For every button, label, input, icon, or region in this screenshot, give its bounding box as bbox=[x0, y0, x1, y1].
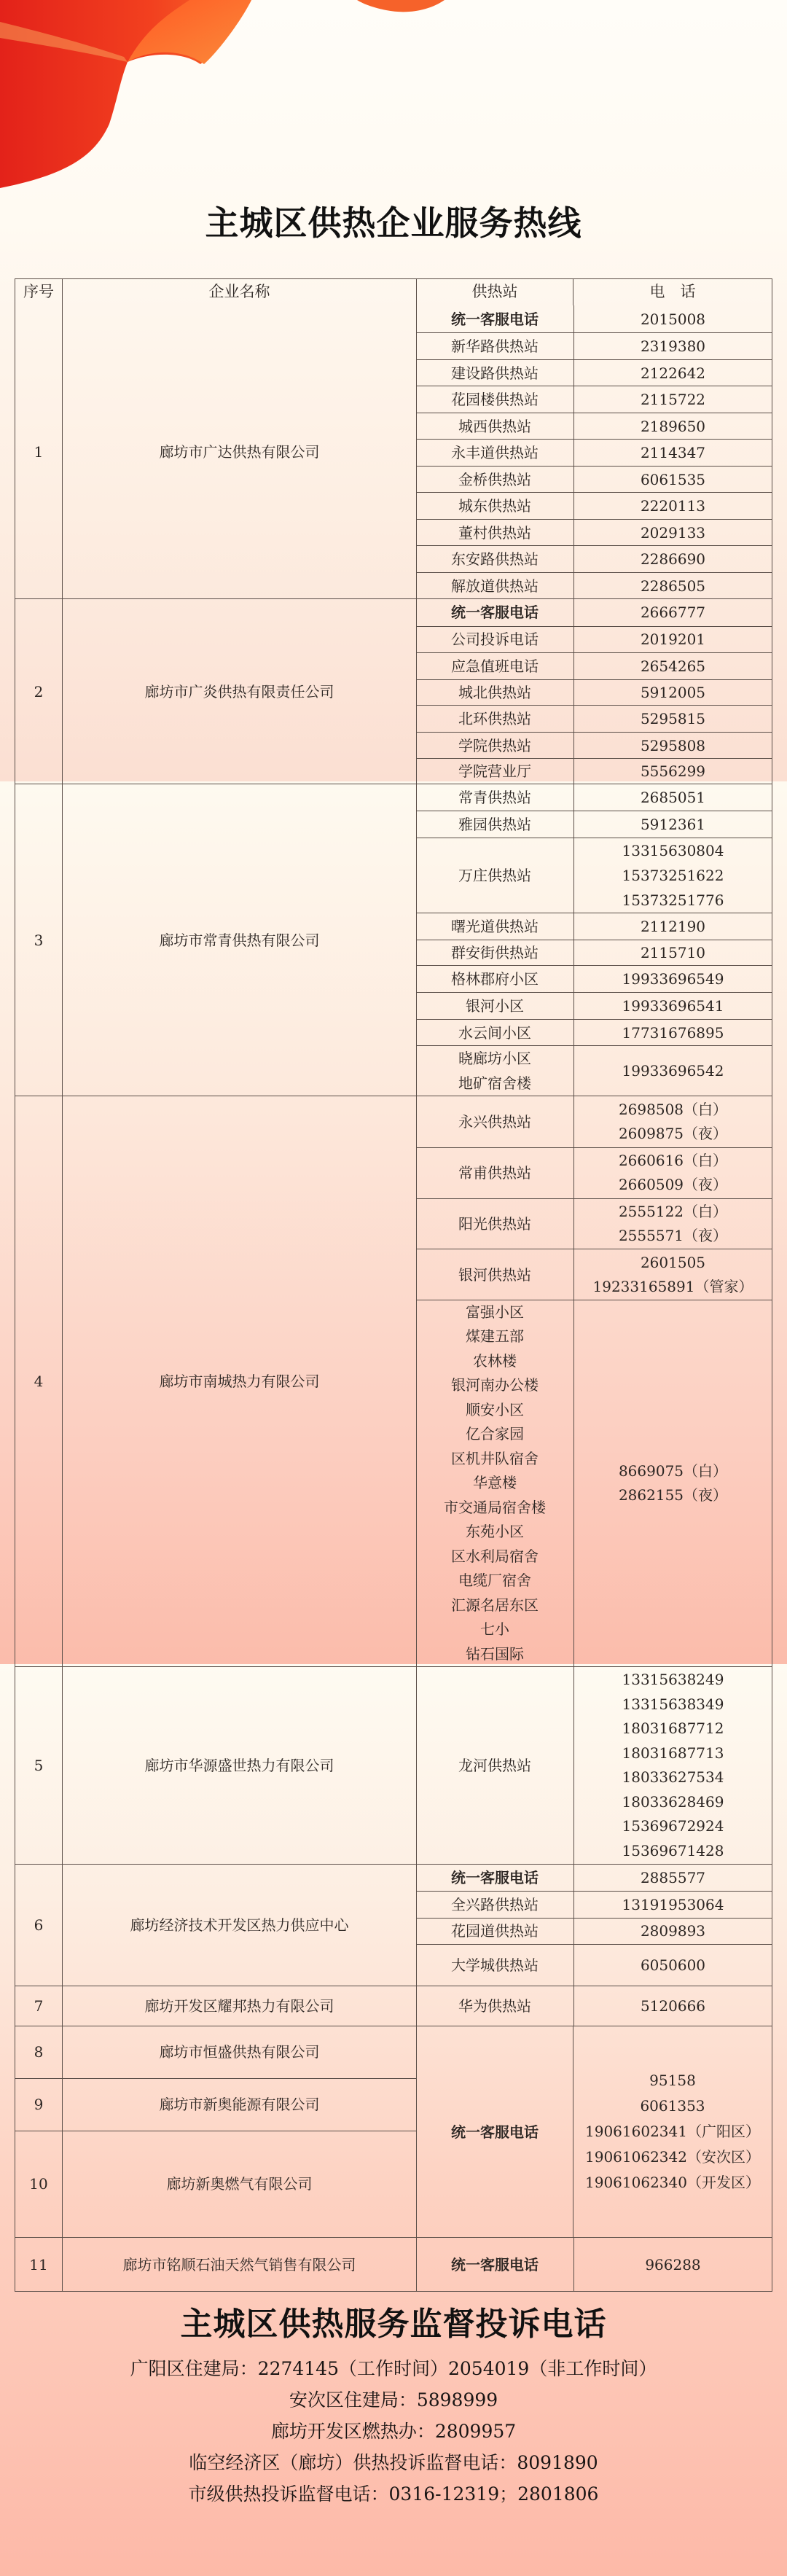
station-name: 建设路供热站 bbox=[417, 360, 573, 386]
company-no: 7 bbox=[15, 1986, 62, 2026]
station-name: 东安路供热站 bbox=[417, 546, 573, 572]
company-group-row: 8廊坊市恒盛供热有限公司9廊坊市新奥能源有限公司10廊坊新奥燃气有限公司统一客服… bbox=[15, 2026, 772, 2237]
phone-number-line: 19233165891（管家） bbox=[593, 1275, 753, 1299]
station-row: 董村供热站2029133 bbox=[417, 519, 772, 545]
company-row: 8廊坊市恒盛供热有限公司 bbox=[15, 2026, 416, 2078]
phone-number: 966288 bbox=[573, 2238, 772, 2291]
company-name: 廊坊开发区耀邦热力有限公司 bbox=[62, 1986, 416, 2026]
company-row: 6廊坊经济技术开发区热力供应中心统一客服电话2885577全兴路供热站13191… bbox=[15, 1864, 772, 1986]
phone-number: 2189650 bbox=[573, 413, 772, 439]
phone-number: 2319380 bbox=[573, 333, 772, 359]
station-name-line: 区水利局宿舍 bbox=[451, 1545, 539, 1569]
station-name-line: 电缆厂宿舍 bbox=[458, 1569, 531, 1593]
company-row: 5廊坊市华源盛世热力有限公司龙河供热站133156382491331563834… bbox=[15, 1666, 772, 1864]
phone-number: 5556299 bbox=[573, 759, 772, 784]
phone-number-line: 13315638349 bbox=[622, 1693, 724, 1717]
phone-number-lines: 133156308041537325162215373251776 bbox=[622, 838, 724, 913]
station-name-line: 市交通局宿舍楼 bbox=[444, 1496, 546, 1521]
station-name: 金桥供热站 bbox=[417, 467, 573, 492]
station-name: 解放道供热站 bbox=[417, 573, 573, 598]
station-name-line: 地矿宿舍楼 bbox=[458, 1071, 531, 1096]
phone-number: 2286690 bbox=[573, 546, 772, 572]
station-name-line: 亿合家园 bbox=[466, 1422, 524, 1447]
station-name-line: 顺安小区 bbox=[466, 1398, 524, 1423]
station-name-lines: 晓廊坊小区地矿宿舍楼 bbox=[458, 1046, 531, 1096]
station-name-line: 汇源名居东区 bbox=[451, 1593, 539, 1618]
station-row: 常甫供热站2660616（白）2660509（夜） bbox=[417, 1147, 772, 1198]
phone-number: 6061535 bbox=[573, 467, 772, 492]
company-no: 4 bbox=[15, 1096, 62, 1666]
station-name-line: 七小 bbox=[480, 1617, 509, 1642]
phone-number: 5120666 bbox=[573, 1986, 772, 2026]
station-name-line: 银河南办公楼 bbox=[451, 1373, 539, 1398]
phone-number: 2015008 bbox=[573, 305, 772, 332]
phone-number: 2114347 bbox=[573, 440, 772, 466]
phone-numbers-line: 19061062342（安次区） bbox=[585, 2144, 760, 2170]
station-row: 东安路供热站2286690 bbox=[417, 545, 772, 572]
station-name: 董村供热站 bbox=[417, 520, 573, 545]
phone-number-line: 15369671428 bbox=[622, 1839, 724, 1864]
station-name: 晓廊坊小区地矿宿舍楼 bbox=[417, 1046, 573, 1096]
phone-number: 17731676895 bbox=[573, 1020, 772, 1045]
phone-number-line: 2555571（夜） bbox=[619, 1224, 727, 1248]
station-name: 统一客服电话 bbox=[417, 599, 573, 626]
station-list: 统一客服电话2666777公司投诉电话2019201应急值班电话2654265城… bbox=[416, 599, 772, 784]
phone-number: 260150519233165891（管家） bbox=[573, 1249, 772, 1300]
station-row: 统一客服电话2015008 bbox=[417, 305, 772, 332]
company-row: 9廊坊市新奥能源有限公司 bbox=[15, 2078, 416, 2131]
phone-number-line: 15369672924 bbox=[622, 1814, 724, 1839]
station-name-lines: 富强小区煤建五部农林楼银河南办公楼顺安小区亿合家园区机井队宿舍华意楼市交通局宿舍… bbox=[444, 1300, 546, 1667]
phone-number: 2809893 bbox=[573, 1919, 772, 1945]
header-station: 供热站 bbox=[416, 279, 573, 305]
company-row: 1廊坊市广达供热有限公司统一客服电话2015008新华路供热站2319380建设… bbox=[15, 305, 772, 598]
phone-numbers-line: 19061602341（广阳区） bbox=[585, 2119, 760, 2144]
station-name: 城北供热站 bbox=[417, 680, 573, 706]
phone-number: 2654265 bbox=[573, 653, 772, 679]
phone-number: 2286505 bbox=[573, 573, 772, 598]
station-row: 永兴供热站2698508（白）2609875（夜） bbox=[417, 1096, 772, 1147]
company-name: 廊坊市华源盛世热力有限公司 bbox=[62, 1667, 416, 1864]
company-name: 廊坊市铭顺石油天然气销售有限公司 bbox=[62, 2238, 416, 2291]
phone-number-lines: 260150519233165891（管家） bbox=[593, 1251, 753, 1299]
phone-number: 2220113 bbox=[573, 493, 772, 519]
phone-number: 2112190 bbox=[573, 913, 772, 940]
station-row: 应急值班电话2654265 bbox=[417, 652, 772, 679]
company-name: 廊坊市常青供热有限公司 bbox=[62, 784, 416, 1096]
phone-number: 5295815 bbox=[573, 706, 772, 732]
station-name: 全兴路供热站 bbox=[417, 1892, 573, 1918]
company-no: 8 bbox=[15, 2026, 62, 2078]
phone-number: 5912361 bbox=[573, 811, 772, 838]
phone-number-line: 15373251776 bbox=[622, 888, 724, 913]
station-name-line: 富强小区 bbox=[466, 1300, 524, 1325]
station-row: 富强小区煤建五部农林楼银河南办公楼顺安小区亿合家园区机井队宿舍华意楼市交通局宿舍… bbox=[417, 1300, 772, 1666]
station-name: 华为供热站 bbox=[417, 1986, 573, 2026]
supervision-title: 主城区供热服务监督投诉电话 bbox=[0, 2298, 787, 2344]
company-row: 10廊坊新奥燃气有限公司 bbox=[15, 2131, 416, 2238]
company-name: 廊坊市广炎供热有限责任公司 bbox=[62, 599, 416, 784]
station-name: 城西供热站 bbox=[417, 413, 573, 439]
station-row: 统一客服电话2885577 bbox=[417, 1865, 772, 1891]
station-name: 格林郡府小区 bbox=[417, 966, 573, 992]
header-phone: 电 话 bbox=[573, 279, 772, 305]
phone-number-line: 18033628469 bbox=[622, 1790, 724, 1815]
station-name: 花园楼供热站 bbox=[417, 386, 573, 413]
grouped-companies: 8廊坊市恒盛供热有限公司9廊坊市新奥能源有限公司10廊坊新奥燃气有限公司 bbox=[15, 2026, 416, 2237]
station-name: 统一客服电话 bbox=[417, 2238, 573, 2291]
phone-number-line: 18031687713 bbox=[622, 1741, 724, 1766]
station-row: 华为供热站5120666 bbox=[417, 1986, 772, 2026]
station-list: 龙河供热站13315638249133156383491803168771218… bbox=[416, 1667, 772, 1864]
station-row: 阳光供热站2555122（白）2555571（夜） bbox=[417, 1198, 772, 1249]
station-row: 雅园供热站5912361 bbox=[417, 811, 772, 838]
station-list: 统一客服电话2015008新华路供热站2319380建设路供热站2122642花… bbox=[416, 305, 772, 598]
phone-number-line: 18033627534 bbox=[622, 1765, 724, 1790]
company-row: 7廊坊开发区耀邦热力有限公司华为供热站5120666 bbox=[15, 1986, 772, 2026]
supervision-line: 临空经济区（廊坊）供热投诉监督电话：8091890 bbox=[0, 2447, 787, 2478]
station-row: 解放道供热站2286505 bbox=[417, 572, 772, 598]
station-list: 统一客服电话966288 bbox=[416, 2238, 772, 2291]
phone-number: 2029133 bbox=[573, 520, 772, 545]
phone-numbers-lines: 95158606135319061602341（广阳区）19061062342（… bbox=[585, 2068, 760, 2196]
phone-number-line: 13315638249 bbox=[622, 1668, 724, 1693]
station-name-line: 区机井队宿舍 bbox=[451, 1447, 539, 1472]
header-company: 企业名称 bbox=[62, 279, 416, 305]
station-name: 统一客服电话 bbox=[416, 2026, 573, 2237]
station-row: 学院营业厅5556299 bbox=[417, 758, 772, 784]
company-row: 3廊坊市常青供热有限公司常青供热站2685051雅园供热站5912361万庄供热… bbox=[15, 784, 772, 1096]
station-row: 统一客服电话2666777 bbox=[417, 599, 772, 626]
page-title: 主城区供热企业服务热线 bbox=[0, 197, 787, 245]
company-no: 5 bbox=[15, 1667, 62, 1864]
station-list: 常青供热站2685051雅园供热站5912361万庄供热站13315630804… bbox=[416, 784, 772, 1096]
station-row: 城东供热站2220113 bbox=[417, 492, 772, 519]
station-row: 银河供热站260150519233165891（管家） bbox=[417, 1249, 772, 1300]
station-name: 永丰道供热站 bbox=[417, 440, 573, 466]
phone-number: 2555122（白）2555571（夜） bbox=[573, 1199, 772, 1249]
station-row: 大学城供热站6050600 bbox=[417, 1944, 772, 1986]
supervision-line: 安次区住建局：5898999 bbox=[0, 2384, 787, 2416]
company-no: 3 bbox=[15, 784, 62, 1096]
company-no: 2 bbox=[15, 599, 62, 784]
phone-number-line: 2698508（白） bbox=[619, 1098, 727, 1122]
supervision-line: 市级供热投诉监督电话：0316-12319；2801806 bbox=[0, 2478, 787, 2510]
station-row: 学院供热站5295808 bbox=[417, 732, 772, 758]
company-no: 10 bbox=[15, 2131, 62, 2238]
station-name: 银河供热站 bbox=[417, 1249, 573, 1300]
phone-number: 19933696549 bbox=[573, 966, 772, 992]
station-name: 银河小区 bbox=[417, 993, 573, 1019]
company-row: 2廊坊市广炎供热有限责任公司统一客服电话2666777公司投诉电话2019201… bbox=[15, 598, 772, 784]
hotline-table: 序号 企业名称 供热站 电 话 1廊坊市广达供热有限公司统一客服电话201500… bbox=[15, 278, 772, 2292]
phone-numbers-line: 6061353 bbox=[640, 2093, 705, 2119]
station-row: 建设路供热站2122642 bbox=[417, 359, 772, 386]
phone-number-line: 8669075（白） bbox=[619, 1459, 727, 1483]
station-row: 城西供热站2189650 bbox=[417, 413, 772, 439]
company-no: 1 bbox=[15, 305, 62, 598]
company-name: 廊坊新奥燃气有限公司 bbox=[62, 2131, 416, 2238]
station-row: 新华路供热站2319380 bbox=[417, 332, 772, 359]
station-name-line: 农林楼 bbox=[473, 1349, 517, 1374]
ribbon-decoration bbox=[0, 0, 510, 197]
phone-number: 2115722 bbox=[573, 386, 772, 413]
phone-number-line: 15373251622 bbox=[622, 863, 724, 888]
phone-number-lines: 8669075（白）2862155（夜） bbox=[619, 1459, 727, 1507]
phone-number: 2885577 bbox=[573, 1865, 772, 1891]
station-name: 常青供热站 bbox=[417, 784, 573, 811]
phone-number-line: 13315630804 bbox=[622, 838, 724, 863]
phone-number: 2122642 bbox=[573, 360, 772, 386]
phone-number: 2660616（白）2660509（夜） bbox=[573, 1148, 772, 1198]
station-row: 龙河供热站13315638249133156383491803168771218… bbox=[417, 1667, 772, 1864]
station-row: 花园道供热站2809893 bbox=[417, 1918, 772, 1945]
phone-number: 5912005 bbox=[573, 680, 772, 706]
station-row: 金桥供热站6061535 bbox=[417, 466, 772, 492]
station-name: 学院供热站 bbox=[417, 733, 573, 758]
station-row: 曙光道供热站2112190 bbox=[417, 913, 772, 940]
station-name: 新华路供热站 bbox=[417, 333, 573, 359]
phone-number-lines: 2555122（白）2555571（夜） bbox=[619, 1200, 727, 1248]
station-name: 龙河供热站 bbox=[417, 1667, 573, 1864]
company-no: 9 bbox=[15, 2079, 62, 2131]
station-name: 阳光供热站 bbox=[417, 1199, 573, 1249]
company-name: 廊坊市南城热力有限公司 bbox=[62, 1096, 416, 1666]
company-row: 11廊坊市铭顺石油天然气销售有限公司统一客服电话966288 bbox=[15, 2237, 772, 2291]
phone-numbers-line: 95158 bbox=[649, 2068, 696, 2093]
station-row: 常青供热站2685051 bbox=[417, 784, 772, 811]
station-name-line: 东苑小区 bbox=[466, 1520, 524, 1545]
station-name: 群安街供热站 bbox=[417, 940, 573, 966]
station-name: 统一客服电话 bbox=[417, 305, 573, 332]
phone-number-lines: 2698508（白）2609875（夜） bbox=[619, 1098, 727, 1146]
station-row: 花园楼供热站2115722 bbox=[417, 386, 772, 413]
supervision-lines: 广阳区住建局：2274145（工作时间）2054019（非工作时间） 安次区住建… bbox=[0, 2353, 787, 2510]
station-name-line: 钻石国际 bbox=[466, 1642, 524, 1667]
company-name: 廊坊市广达供热有限公司 bbox=[62, 305, 416, 598]
station-name: 富强小区煤建五部农林楼银河南办公楼顺安小区亿合家园区机井队宿舍华意楼市交通局宿舍… bbox=[417, 1300, 573, 1666]
station-row: 万庄供热站133156308041537325162215373251776 bbox=[417, 838, 772, 913]
station-name: 万庄供热站 bbox=[417, 838, 573, 913]
phone-number: 2115710 bbox=[573, 940, 772, 966]
station-row: 公司投诉电话2019201 bbox=[417, 626, 772, 652]
station-row: 永丰道供热站2114347 bbox=[417, 439, 772, 466]
station-name-line: 煤建五部 bbox=[466, 1324, 524, 1349]
station-list: 华为供热站5120666 bbox=[416, 1986, 772, 2026]
station-row: 城北供热站5912005 bbox=[417, 679, 772, 706]
station-name: 花园道供热站 bbox=[417, 1919, 573, 1945]
station-row: 北环供热站5295815 bbox=[417, 705, 772, 732]
phone-number: 19933696542 bbox=[573, 1046, 772, 1096]
company-name: 廊坊市恒盛供热有限公司 bbox=[62, 2026, 416, 2078]
phone-number: 8669075（白）2862155（夜） bbox=[573, 1300, 772, 1666]
station-name: 统一客服电话 bbox=[417, 1865, 573, 1891]
phone-number: 2685051 bbox=[573, 784, 772, 811]
phone-number-line: 2601505 bbox=[641, 1251, 705, 1275]
phone-number: 1331563824913315638349180316877121803168… bbox=[573, 1667, 772, 1864]
station-name: 常甫供热站 bbox=[417, 1148, 573, 1198]
station-name: 城东供热站 bbox=[417, 493, 573, 519]
company-name: 廊坊市新奥能源有限公司 bbox=[62, 2079, 416, 2131]
station-list: 统一客服电话2885577全兴路供热站13191953064花园道供热站2809… bbox=[416, 1865, 772, 1986]
phone-numbers: 95158606135319061602341（广阳区）19061062342（… bbox=[573, 2026, 772, 2237]
station-row: 银河小区19933696541 bbox=[417, 992, 772, 1019]
company-no: 6 bbox=[15, 1865, 62, 1986]
phone-number: 2019201 bbox=[573, 627, 772, 652]
company-name: 廊坊经济技术开发区热力供应中心 bbox=[62, 1865, 416, 1986]
phone-number: 133156308041537325162215373251776 bbox=[573, 838, 772, 913]
station-row: 统一客服电话966288 bbox=[417, 2238, 772, 2291]
station-name: 曙光道供热站 bbox=[417, 913, 573, 940]
company-row: 4廊坊市南城热力有限公司永兴供热站2698508（白）2609875（夜）常甫供… bbox=[15, 1096, 772, 1666]
station-name: 公司投诉电话 bbox=[417, 627, 573, 652]
phone-number: 5295808 bbox=[573, 733, 772, 758]
station-name: 水云间小区 bbox=[417, 1020, 573, 1045]
phone-number: 19933696541 bbox=[573, 993, 772, 1019]
phone-number-line: 2609875（夜） bbox=[619, 1122, 727, 1146]
station-name: 应急值班电话 bbox=[417, 653, 573, 679]
phone-number-lines: 1331563824913315638349180316877121803168… bbox=[622, 1668, 724, 1863]
station-row: 格林郡府小区19933696549 bbox=[417, 965, 772, 992]
station-name: 雅园供热站 bbox=[417, 811, 573, 838]
supervision-line: 广阳区住建局：2274145（工作时间）2054019（非工作时间） bbox=[0, 2353, 787, 2384]
station-row: 群安街供热站2115710 bbox=[417, 940, 772, 966]
phone-number-line: 2660616（白） bbox=[619, 1149, 727, 1173]
station-name-line: 晓廊坊小区 bbox=[458, 1046, 531, 1071]
phone-number-line: 2862155（夜） bbox=[619, 1483, 727, 1507]
station-list: 永兴供热站2698508（白）2609875（夜）常甫供热站2660616（白）… bbox=[416, 1096, 772, 1666]
phone-number-line: 2555122（白） bbox=[619, 1200, 727, 1224]
table-header: 序号 企业名称 供热站 电 话 bbox=[15, 279, 772, 305]
phone-number-lines: 2660616（白）2660509（夜） bbox=[619, 1149, 727, 1197]
supervision-line: 廊坊开发区燃热办：2809957 bbox=[0, 2416, 787, 2447]
station-name: 学院营业厅 bbox=[417, 759, 573, 784]
phone-number: 13191953064 bbox=[573, 1892, 772, 1918]
phone-number: 2666777 bbox=[573, 599, 772, 626]
phone-number-line: 18031687712 bbox=[622, 1717, 724, 1741]
station-name-line: 华意楼 bbox=[473, 1471, 517, 1496]
phone-numbers-line: 19061062340（开发区） bbox=[585, 2170, 760, 2196]
station-name: 北环供热站 bbox=[417, 706, 573, 732]
station-row: 晓廊坊小区地矿宿舍楼19933696542 bbox=[417, 1045, 772, 1096]
station-row: 水云间小区17731676895 bbox=[417, 1019, 772, 1045]
company-no: 11 bbox=[15, 2238, 62, 2291]
phone-number: 6050600 bbox=[573, 1945, 772, 1986]
header-no: 序号 bbox=[15, 279, 62, 305]
phone-number-line: 2660509（夜） bbox=[619, 1173, 727, 1197]
station-row: 全兴路供热站13191953064 bbox=[417, 1891, 772, 1918]
phone-number: 2698508（白）2609875（夜） bbox=[573, 1096, 772, 1147]
station-name: 永兴供热站 bbox=[417, 1096, 573, 1147]
station-name: 大学城供热站 bbox=[417, 1945, 573, 1986]
